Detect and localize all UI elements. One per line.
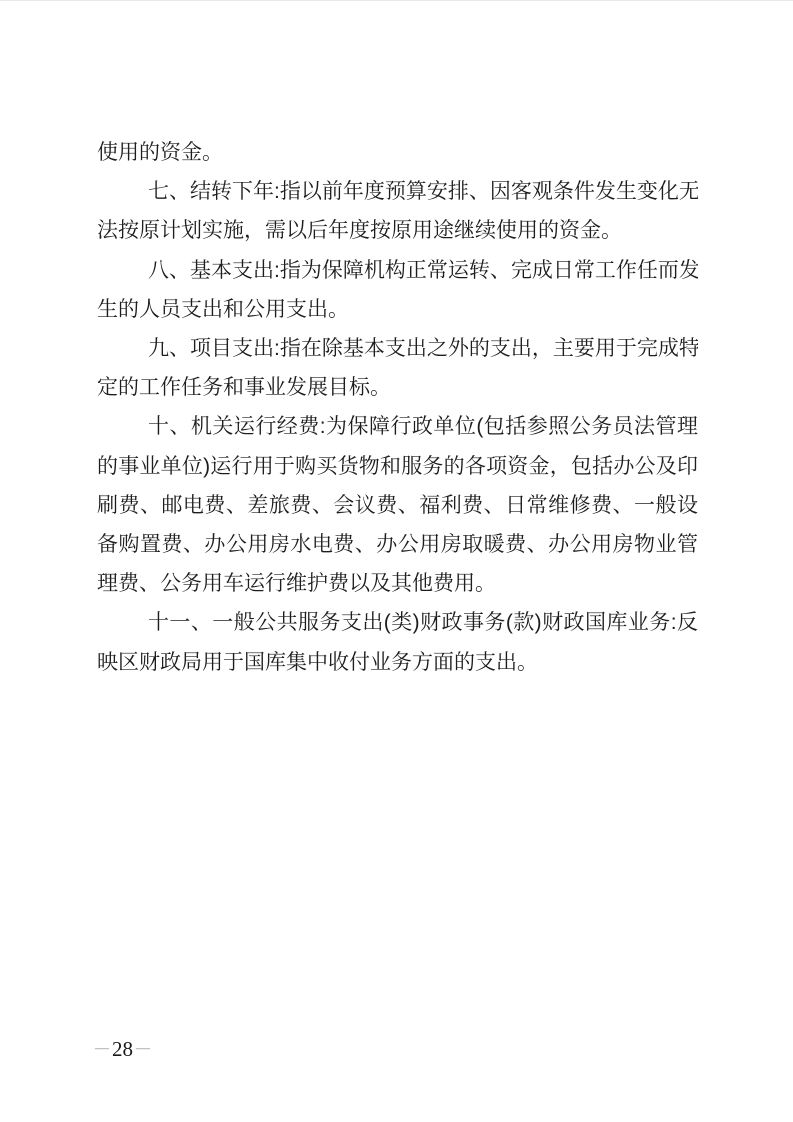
footer-dash-left: — — [95, 1038, 109, 1060]
scan-edge-artifact — [0, 0, 793, 1]
paragraph-item-9: 九、项目支出:指在除基本支出之外的支出，主要用于完成特 定的工作任务和事业发展目… — [97, 329, 698, 407]
paragraph-item-10: 十、机关运行经费:为保障行政单位(包括参照公务员法管理 的事业单位)运行用于购买… — [97, 407, 698, 603]
text-line: 定的工作任务和事业发展目标。 — [97, 368, 698, 407]
text-line: 刷费、邮电费、差旅费、会议费、福利费、日常维修费、一般设 — [97, 486, 698, 525]
document-text: 使用的资金。 七、结转下年:指以前年度预算安排、因客观条件发生变化无 法按原计划… — [97, 133, 698, 682]
text-line: 使用的资金。 — [97, 133, 698, 172]
footer-dash-right: — — [136, 1038, 150, 1060]
text-line: 法按原计划实施，需以后年度按原用途继续使用的资金。 — [97, 211, 698, 250]
text-line: 九、项目支出:指在除基本支出之外的支出，主要用于完成特 — [97, 329, 698, 368]
text-line: 十、机关运行经费:为保障行政单位(包括参照公务员法管理 — [97, 407, 698, 446]
paragraph-item-8: 八、基本支出:指为保障机构正常运转、完成日常工作任而发 生的人员支出和公用支出。 — [97, 251, 698, 329]
text-line: 生的人员支出和公用支出。 — [97, 290, 698, 329]
document-page: 使用的资金。 七、结转下年:指以前年度预算安排、因客观条件发生变化无 法按原计划… — [0, 0, 793, 1122]
text-line: 备购置费、办公用房水电费、办公用房取暖费、办公用房物业管 — [97, 525, 698, 564]
text-line: 七、结转下年:指以前年度预算安排、因客观条件发生变化无 — [97, 172, 698, 211]
paragraph-item-11: 十一、一般公共服务支出(类)财政事务(款)财政国库业务:反 映区财政局用于国库集… — [97, 603, 698, 681]
paragraph-continuation: 使用的资金。 — [97, 133, 698, 172]
text-line: 的事业单位)运行用于购买货物和服务的各项资金，包括办公及印 — [97, 447, 698, 486]
page-footer: — 28 — — [95, 1038, 150, 1060]
paragraph-item-7: 七、结转下年:指以前年度预算安排、因客观条件发生变化无 法按原计划实施，需以后年… — [97, 172, 698, 250]
text-line: 映区财政局用于国库集中收付业务方面的支出。 — [97, 643, 698, 682]
text-line: 十一、一般公共服务支出(类)财政事务(款)财政国库业务:反 — [97, 603, 698, 642]
text-line: 理费、公务用车运行维护费以及其他费用。 — [97, 564, 698, 603]
text-line: 八、基本支出:指为保障机构正常运转、完成日常工作任而发 — [97, 251, 698, 290]
page-number: 28 — [112, 1038, 133, 1060]
